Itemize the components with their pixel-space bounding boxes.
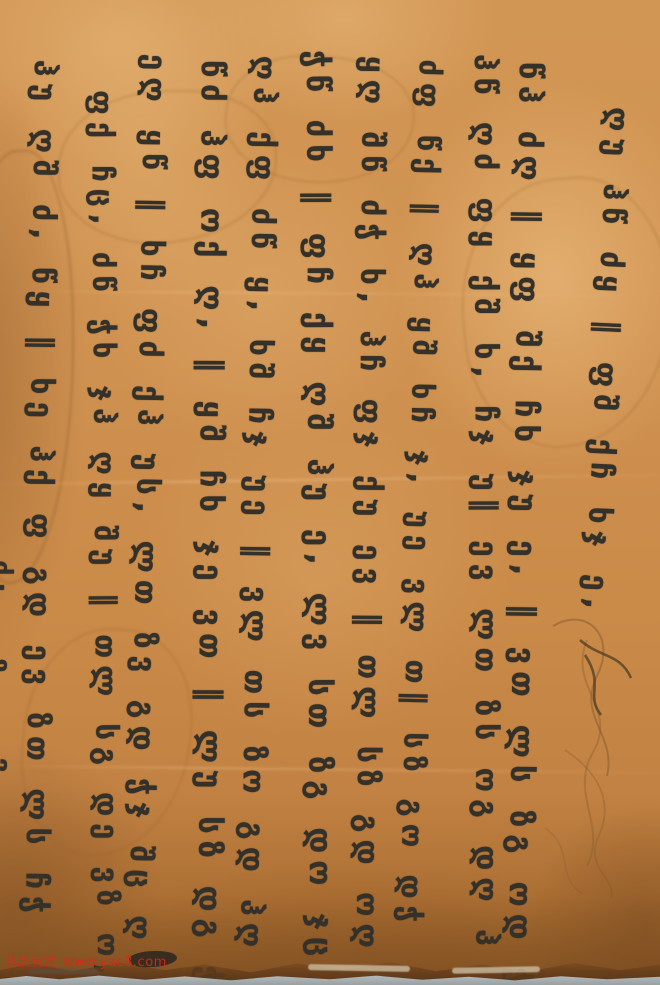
text-column: ჰუ ღშ ძ, წყ ‖ ხე ჰქ ფ გდ ევ ზთ ლს ჩჭ <box>13 60 66 921</box>
text-column: ძფ წქ ‖ ღჰ ყშ ხჩ ჯ, უე ვლ თ‖ სზ გო დჭ <box>388 59 452 930</box>
text-column: ეღ ყწ ‖ ხჩ ფძ ქჰ უს, ლთ ზვ გდ ჭჯ შც ღ <box>116 53 176 947</box>
text-column: ყღ შწ ძჭ ხ, ჰჩ ფჯ ქუ ევ ‖ თლ სზ გდ ოღ <box>344 56 394 955</box>
text-column: ღჰ ქფ ძწ ყ, ხშ ჩჯ უე ‖ ვლ თს ზო გდ ჰღ <box>228 55 286 954</box>
text-column: წძ ჰფ ოქ ღ, ‖ ყშ ჩხ ჯე ვთ ‖ ლუ სზ დგ ჭ <box>187 60 234 985</box>
text-column: ღუ ჰწ ძყ ‖ ფშ ქჩ ხჯ ე, <box>572 106 639 617</box>
watermark-site-name: 书法欣赏 <box>3 955 57 970</box>
text-column: ჭწ ძხ ‖ ფჩ ქყ ღშ ჰუ ე, ლვ სთ ზგ დო ჯც <box>295 50 342 963</box>
watermark-url: www.yac8.com <box>63 955 167 970</box>
watermark: 书法欣赏www.yac8.com <box>3 951 167 970</box>
script-columns: ძ· ე ვ, ჰუ ღშ ძ, წყ ‖ ხე ჰქ ფ გდ ევ ზთ ლ… <box>0 0 660 985</box>
manuscript-photo: ძ· ე ვ, ჰუ ღშ ძ, წყ ‖ ხე ჰქ ფ გდ ევ ზთ ლ… <box>0 0 660 985</box>
